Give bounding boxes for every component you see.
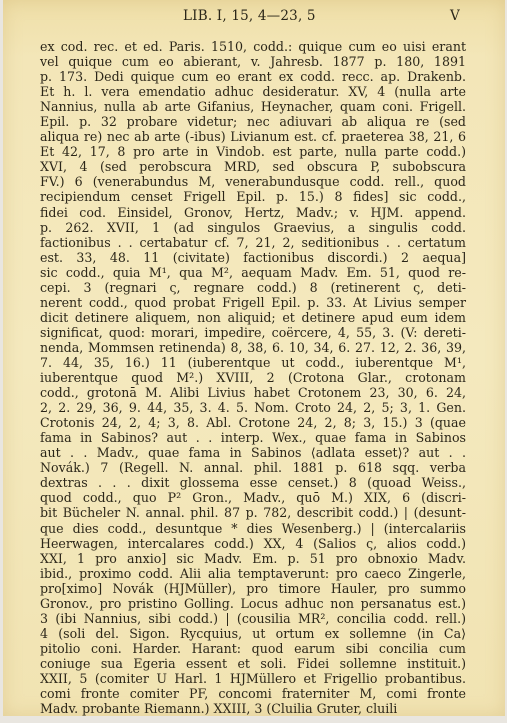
critical-apparatus-text: ex cod. rec. et ed. Paris. 1510, codd.: … (40, 39, 466, 716)
text-line: est. 33, 48. 11 (civitate) factionibus d… (40, 250, 466, 265)
text-line: XVI, 4 (sed perobscura MRD, sed obscura … (40, 159, 466, 174)
text-line: Nannius, nulla ab arte Gifanius, Heynach… (40, 99, 466, 114)
text-line: iuberentque quod M².) XVIII, 2 (Crotona … (40, 370, 466, 385)
text-line: pro[ximo] Novák (HJMüller), pro timore H… (40, 581, 466, 596)
text-line: p. 173. Dedi quique cum eo erant ex codd… (40, 69, 466, 84)
text-line: ibid., proximo codd. Alii alia temptaver… (40, 566, 466, 581)
text-line: dicit detinere aliquem, non aliquid; et … (40, 310, 466, 325)
text-line: coniuge sua Egeria essent et soli. Fidei… (40, 656, 466, 671)
running-head: LIB. I, 15, 4—23, 5 (183, 8, 316, 24)
text-line: factionibus . . certabatur cf. 7, 21, 2,… (40, 235, 466, 250)
page-header: LIB. I, 15, 4—23, 5 V (3, 8, 505, 26)
text-line: sic codd., quia M¹, qua M², aequam Madv.… (40, 265, 466, 280)
book-page: LIB. I, 15, 4—23, 5 V ex cod. rec. et ed… (3, 0, 505, 716)
text-line: recipiendum censet Frigell Epil. p. 15.)… (40, 189, 466, 204)
text-line: 7. 44, 35, 16.) 11 (iuberentque ut codd.… (40, 355, 466, 370)
text-line: aut . . Madv., quae fama in Sabinos ⟨adl… (40, 445, 466, 460)
text-line: Epil. p. 32 probare videtur; nec adiuvar… (40, 114, 466, 129)
text-line: comi fronte comiter PF, concomi fraterni… (40, 686, 466, 701)
text-line: Gronov., pro pristino Golling. Locus adh… (40, 596, 466, 611)
text-line: significat, quod: morari, impedire, coër… (40, 325, 466, 340)
text-line: Crotonis 24, 2, 4; 3, 8. Abl. Crotone 24… (40, 415, 466, 430)
text-line: Heerwagen, intercalares codd.) XX, 4 (Sa… (40, 536, 466, 551)
text-line: XXI, 1 pro anxio] sic Madv. Em. p. 51 pr… (40, 551, 466, 566)
text-line: 2, 2. 29, 36, 9. 44, 35, 3. 4. 5. Nom. C… (40, 400, 466, 415)
text-line: pitolio coni. Harder. Harant: quod earum… (40, 641, 466, 656)
text-line: fidei cod. Einsidel, Gronov, Hertz, Madv… (40, 205, 466, 220)
page-number: V (450, 8, 460, 24)
text-line: Et h. l. vera emendatio adhuc desideratu… (40, 84, 466, 99)
text-line: vel quique cum eo abierant, v. Jahresb. … (40, 54, 466, 69)
text-line: dextras . . . dixit glossema esse censet… (40, 475, 466, 490)
text-line: codd., grotonā M. Alibi Livius habet Cro… (40, 385, 466, 400)
text-line: ex cod. rec. et ed. Paris. 1510, codd.: … (40, 39, 466, 54)
text-line: p. 262. XVII, 1 (ad singulos Graevius, a… (40, 220, 466, 235)
text-line: XXII, 5 (comiter U Harl. 1 HJMüllero et … (40, 671, 466, 686)
text-line: que dies codd., desuntque * dies Wesenbe… (40, 521, 466, 536)
text-line: Et 42, 17, 8 pro arte in Vindob. est par… (40, 144, 466, 159)
text-line: quod codd., quo P² Gron., Madv., quō M.)… (40, 490, 466, 505)
text-line: Madv. probante Riemann.) XXIII, 3 (Cluil… (40, 701, 466, 716)
text-line: aliqua re) nec ab arte (-ibus) Livianum … (40, 129, 466, 144)
text-line: FV.) 6 (venerabundus M, venerabundusque … (40, 174, 466, 189)
text-line: 4 (soli del. Sigon. Rycquius, ut ortum e… (40, 626, 466, 641)
text-line: 3 (ibi Nannius, sibi codd.) | (cousilia … (40, 611, 466, 626)
text-line: cepi. 3 (regnari ς, regnare codd.) 8 (re… (40, 280, 466, 295)
text-line: Novák.) 7 (Regell. N. annal. phil. 1881 … (40, 460, 466, 475)
text-line: bit Bücheler N. annal. phil. 87 p. 782, … (40, 505, 466, 520)
text-line: nerent codd., quod probat Frigell Epil. … (40, 295, 466, 310)
text-line: fama in Sabinos? aut . . interp. Wex., q… (40, 430, 466, 445)
text-line: nenda, Mommsen retinenda) 8, 38, 6. 10, … (40, 340, 466, 355)
